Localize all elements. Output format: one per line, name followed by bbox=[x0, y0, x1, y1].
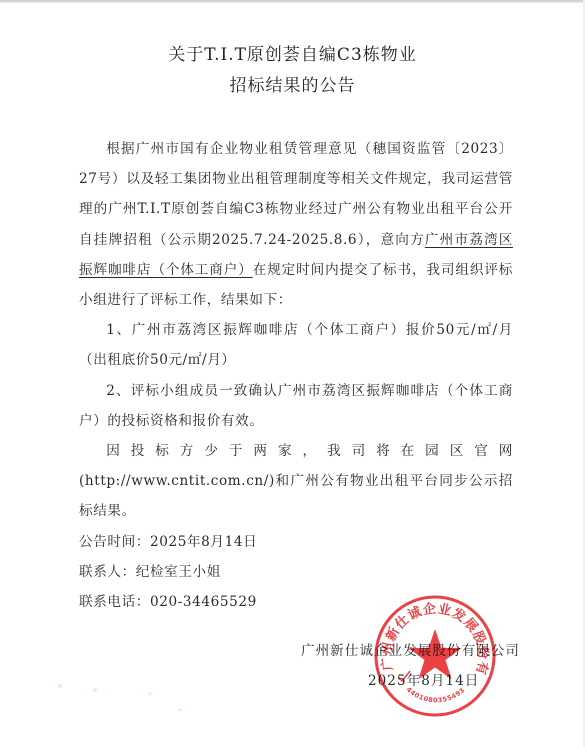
intro-paragraph: 根据广州市国有企业物业租赁管理意见（穗国资监管〔2023〕27号）以及轻工集团物… bbox=[79, 134, 513, 315]
document-body: 根据广州市国有企业物业租赁管理意见（穗国资监管〔2023〕27号）以及轻工集团物… bbox=[79, 134, 513, 617]
contact-phone: 联系电话：020-34465529 bbox=[79, 587, 513, 617]
bleed-through-marks bbox=[40, 680, 200, 720]
contact-person: 联系人：纪检室王小姐 bbox=[79, 557, 513, 587]
signature-date: 2025年8月14日 bbox=[368, 669, 479, 689]
result-item-2: 2、评标小组成员一致确认广州市荔湾区振辉咖啡店（个体工商户）的投标资格和报价有效… bbox=[79, 376, 513, 436]
signature-company: 广州新仕诚企业发展股份有限公司 bbox=[301, 639, 520, 659]
publicity-paragraph: 因投标方少于两家，我司将在园区官网(http://www.cntit.com.c… bbox=[79, 436, 513, 527]
announce-time: 公告时间：2025年8月14日 bbox=[79, 527, 513, 557]
document-title-line-1: 关于T.I.T原创荟自编C3栋物业 bbox=[0, 40, 585, 65]
result-item-1: 1、广州市荔湾区振辉咖啡店（个体工商户）报价50元/㎡/月（出租底价50元/㎡/… bbox=[79, 315, 513, 375]
document-page: 关于T.I.T原创荟自编C3栋物业 招标结果的公告 根据广州市国有企业物业租赁管… bbox=[0, 0, 585, 747]
document-title-line-2: 招标结果的公告 bbox=[0, 71, 585, 96]
